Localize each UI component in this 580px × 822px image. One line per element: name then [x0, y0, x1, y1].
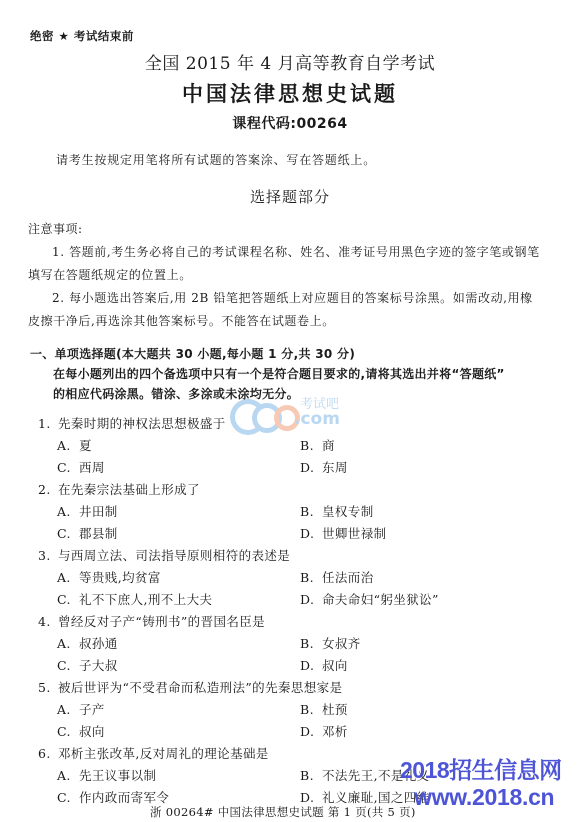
option-letter: C.	[57, 460, 79, 475]
option-letter: D.	[300, 460, 322, 475]
option-text: 夏	[79, 438, 92, 453]
option-letter: B.	[300, 504, 322, 519]
option-3d: D.命夫命妇“躬坐狱讼”	[300, 590, 439, 608]
option-2a: A.井田制	[57, 502, 118, 520]
option-1b: B.商	[300, 436, 335, 454]
notice-item-1-cont: 填写在答题纸规定的位置上。	[28, 266, 192, 283]
option-letter: A.	[57, 504, 79, 519]
option-text: 商	[322, 438, 335, 453]
question-number: 5.	[38, 680, 58, 695]
option-letter: D.	[300, 658, 322, 673]
option-1d: D.东周	[300, 458, 348, 476]
option-5d: D.邓析	[300, 722, 348, 740]
notice-item-2-cont: 皮擦干净后,再选涂其他答案标号。不能答在试题卷上。	[28, 312, 335, 329]
option-2d: D.世卿世禄制	[300, 524, 387, 542]
question-number: 1.	[38, 416, 58, 431]
option-letter: D.	[300, 790, 322, 805]
notice-item-1: 1. 答题前,考生务必将自己的考试课程名称、姓名、准考证号用黑色字迹的签字笔或钢…	[52, 243, 540, 260]
question-number: 4.	[38, 614, 58, 629]
question-5: 5.被后世评为“不受君命而私造刑法”的先秦思想家是	[38, 678, 342, 696]
option-text: 郡县制	[79, 526, 118, 541]
option-text: 叔向	[79, 724, 105, 739]
option-letter: C.	[57, 658, 79, 673]
option-text: 邓析	[322, 724, 348, 739]
part-heading: 一、单项选择题(本大题共 30 小题,每小题 1 分,共 30 分)	[30, 345, 355, 362]
question-stem: 邓析主张改革,反对周礼的理论基础是	[58, 746, 269, 761]
option-text: 西周	[79, 460, 105, 475]
option-text: 皇权专制	[322, 504, 374, 519]
option-letter: D.	[300, 724, 322, 739]
option-text: 任法而治	[322, 570, 374, 585]
option-2b: B.皇权专制	[300, 502, 374, 520]
question-stem: 与西周立法、司法指导原则相符的表述是	[58, 548, 290, 563]
section-title: 选择题部分	[0, 186, 580, 207]
option-letter: B.	[300, 438, 322, 453]
option-text: 礼不下庶人,刑不上大夫	[79, 592, 212, 607]
watermark-logo-icon: 考试吧 .com	[230, 393, 340, 433]
option-5b: B.杜预	[300, 700, 348, 718]
option-text: 叔孙通	[79, 636, 118, 651]
question-number: 6.	[38, 746, 58, 761]
question-3: 3.与西周立法、司法指导原则相符的表述是	[38, 546, 290, 564]
watermark-site-name: 2018招生信息网	[400, 752, 562, 785]
option-letter: B.	[300, 702, 322, 717]
part-description: 在每小题列出的四个备选项中只有一个是符合题目要求的,请将其选出并将“答题纸”	[53, 365, 505, 382]
option-letter: A.	[57, 570, 79, 585]
option-5a: A.子产	[57, 700, 105, 718]
option-4a: A.叔孙通	[57, 634, 118, 652]
question-number: 2.	[38, 482, 58, 497]
option-letter: A.	[57, 702, 79, 717]
watermark-domain-text: .com	[294, 409, 340, 429]
option-text: 作内政而寄军令	[79, 790, 169, 805]
exam-session-title: 全国 2015 年 4 月高等教育自学考试	[0, 49, 580, 74]
question-stem: 在先秦宗法基础上形成了	[58, 482, 200, 497]
option-text: 等贵贱,均贫富	[79, 570, 161, 585]
question-stem: 曾经反对子产“铸刑书”的晋国名臣是	[58, 614, 265, 629]
option-4c: C.子大叔	[57, 656, 118, 674]
confidential-label: 绝密 ★ 考试结束前	[30, 28, 134, 44]
option-letter: D.	[300, 526, 322, 541]
notice-item-2: 2. 每小题选出答案后,用 2B 铅笔把答题纸上对应题目的答案标号涂黑。如需改动…	[52, 289, 533, 306]
option-text: 井田制	[79, 504, 118, 519]
option-1c: C.西周	[57, 458, 105, 476]
subject-title: 中国法律思想史试题	[0, 78, 580, 108]
option-text: 命夫命妇“躬坐狱讼”	[322, 592, 439, 607]
option-3c: C.礼不下庶人,刑不上大夫	[57, 590, 212, 608]
page-footer: 浙 00264# 中国法律思想史试题 第 1 页(共 5 页)	[150, 804, 416, 820]
option-letter: A.	[57, 636, 79, 651]
course-code: 课程代码:00264	[0, 113, 580, 133]
general-instruction: 请考生按规定用笔将所有试题的答案涂、写在答题纸上。	[56, 151, 376, 168]
question-number: 3.	[38, 548, 58, 563]
option-text: 杜预	[322, 702, 348, 717]
option-letter: C.	[57, 790, 79, 805]
option-letter: C.	[57, 592, 79, 607]
question-4: 4.曾经反对子产“铸刑书”的晋国名臣是	[38, 612, 265, 630]
option-text: 女叔齐	[322, 636, 361, 651]
option-letter: C.	[57, 724, 79, 739]
option-4d: D.叔向	[300, 656, 348, 674]
option-letter: B.	[300, 768, 322, 783]
option-letter: C.	[57, 526, 79, 541]
notice-label: 注意事项:	[28, 220, 83, 237]
question-1: 1.先秦时期的神权法思想极盛于	[38, 414, 226, 432]
question-6: 6.邓析主张改革,反对周礼的理论基础是	[38, 744, 269, 762]
option-text: 先王议事以制	[79, 768, 156, 783]
question-stem: 被后世评为“不受君命而私造刑法”的先秦思想家是	[58, 680, 342, 695]
option-letter: D.	[300, 592, 322, 607]
option-text: 东周	[322, 460, 348, 475]
option-3b: B.任法而治	[300, 568, 374, 586]
option-4b: B.女叔齐	[300, 634, 361, 652]
option-3a: A.等贵贱,均贫富	[57, 568, 161, 586]
option-text: 子大叔	[79, 658, 118, 673]
option-letter: B.	[300, 636, 322, 651]
option-letter: B.	[300, 570, 322, 585]
option-5c: C.叔向	[57, 722, 105, 740]
option-letter: A.	[57, 768, 79, 783]
option-1a: A.夏	[57, 436, 92, 454]
question-stem: 先秦时期的神权法思想极盛于	[58, 416, 226, 431]
option-6a: A.先王议事以制	[57, 766, 156, 784]
option-2c: C.郡县制	[57, 524, 118, 542]
option-text: 子产	[79, 702, 105, 717]
option-text: 世卿世禄制	[322, 526, 387, 541]
option-text: 叔向	[322, 658, 348, 673]
watermark-site-url: www.2018.cn	[414, 784, 554, 811]
question-2: 2.在先秦宗法基础上形成了	[38, 480, 200, 498]
option-letter: A.	[57, 438, 79, 453]
